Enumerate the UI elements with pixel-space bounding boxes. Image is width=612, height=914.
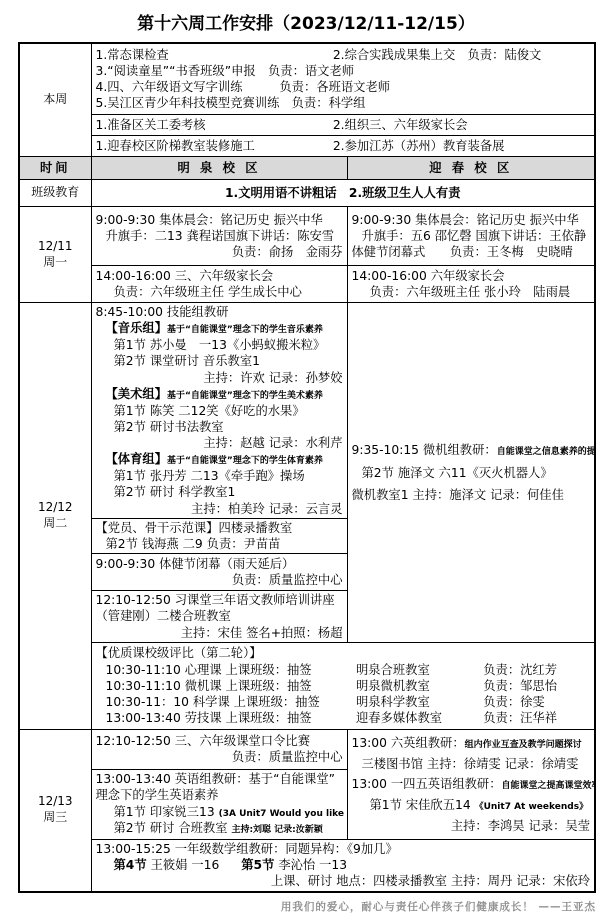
tue-lecture-cell: 12:10-12:50 习课堂三年语文教师培训讲座 （管建刚）二楼合班教室 主持…	[91, 591, 347, 643]
tue-computer-content: 9:35-10:15 微机组教研：自能课堂之信息素养的提升 第2节 施泽文 六1…	[352, 442, 591, 503]
tue-art-tag: 【美术组】	[106, 387, 168, 401]
tue-pe-lesson2: 第2节 研讨 科学教室1	[96, 484, 343, 500]
q1-time: 10:30-11:10 心理课 上课班级：抽签	[106, 662, 356, 678]
tue-pe-head: 【体育组】基于“自能课堂”理念下的学生体育素养	[96, 451, 343, 468]
tue-skill-title: 8:45-10:00 技能组教研	[96, 304, 343, 320]
tue-party-title: 【党员、骨干示范课】四楼录播教室	[96, 520, 343, 536]
tue-party-lesson: 第2节 钱海燕 二9 负责：尹苗苗	[96, 536, 343, 552]
tue-closing-resp: 负责：质量监控中心	[96, 572, 343, 588]
week-line3: 1.迎春校区阶梯教室装修施工 2.参加江苏（苏州）教育装备展	[96, 138, 591, 154]
week-item-3: 3.“阅读童星”“书香班级”申报 负责：语文老师	[96, 63, 591, 79]
week-item-2: 2.综合实践成果集上交 负责：陆俊文	[333, 47, 541, 63]
wed-eng6-title: 13:00 六英组教研：组内作业互查及教学问题探讨	[352, 735, 591, 752]
q3-room: 明泉科学教室	[356, 694, 483, 710]
tue-quality-head: 【优质课校级评比（第二轮）】	[96, 645, 591, 661]
wed-eng145-title: 13:00 一四五英语组教研：自能课堂之提高课堂效率	[352, 776, 591, 793]
tue-date: 12/12	[24, 500, 87, 516]
week-row3-cell: 1.迎春校区阶梯教室装修施工 2.参加江苏（苏州）教育装备展	[91, 136, 595, 157]
tue-party-cell: 【党员、骨干示范课】四楼录播教室 第2节 钱海燕 二9 负责：尹苗苗	[91, 518, 347, 553]
wed-english-title2: 理念下的学生英语素养	[96, 787, 343, 803]
wed-eng6-hosts: 三楼图书馆 主持：徐靖雯 记录：徐靖雯	[352, 756, 591, 772]
wed-eng145-lesson: 第1节 宋佳欣五14 《Unit7 At weekends》	[352, 797, 591, 814]
tue-art-head: 【美术组】基于“自能课堂”理念下的学生美术素养	[96, 386, 343, 403]
wed-eng6-time: 13:00 六英组教研：	[352, 736, 465, 750]
week-line1: 1.常态课检查 2.综合实践成果集上交 负责：陆俊文	[96, 47, 591, 63]
q1-room: 明泉合班教室	[356, 662, 483, 678]
row-label-week: 本周	[19, 43, 91, 157]
q4-resp: 负责：汪华祥	[483, 710, 590, 726]
mon-left-morning-cell: 9:00-9:30 集体晨会：铭记历史 振兴中华 升旗手：二13 龚程诺国旗下讲…	[91, 207, 347, 266]
week-row2-cell: 1.准备区关工委考核 2.组织三、六年级家长会	[91, 115, 595, 136]
wed-english-discuss: 第2节 研讨 合班教室	[114, 821, 228, 835]
wed-day: 周三	[24, 810, 87, 826]
q2-resp: 负责：邹思怡	[483, 678, 590, 694]
tue-art-lesson1: 第1节 陈笑 二12笑《好吃的水果》	[96, 403, 343, 419]
tue-closing-cell: 9:00-9:30 体健节闭幕（雨天延后） 负责：质量监控中心	[91, 554, 347, 591]
row-label-tue: 12/12 周二	[19, 303, 91, 730]
mon-right-meeting-cell: 14:00-16:00 六年级家长会 负责：六年级班主任 张小玲 陆雨晨	[347, 266, 595, 303]
tue-pe-lesson1: 第1节 张丹芳 二13《牵手跑》操场	[96, 468, 343, 484]
tue-skill-cell: 8:45-10:00 技能组教研 【音乐组】基于“自能课堂”理念下的学生音乐素养…	[91, 303, 347, 519]
wed-eng6-topic: 组内作业互查及教学问题探讨	[465, 740, 582, 750]
mon-date: 12/11	[24, 239, 87, 255]
wed-english-hosts: 主持:刘聪 记录:汝新颖	[231, 825, 322, 835]
wed-english-cell: 13:00-13:40 英语组教研：基于“自能课堂” 理念下的学生英语素养 第1…	[91, 769, 347, 839]
week-row3-item-1: 1.迎春校区阶梯教室装修施工	[96, 138, 333, 154]
tue-pe-sub: 基于“自能课堂”理念下的学生体育素养	[167, 456, 323, 466]
tue-quality-row: 10:30-11:10 心理课 上课班级：抽签 明泉合班教室 负责：沈红芳	[96, 662, 591, 678]
mon-day: 周一	[24, 255, 87, 271]
tue-quality-cell: 【优质课校级评比（第二轮）】 10:30-11:10 心理课 上课班级：抽签 明…	[91, 642, 595, 729]
wed-math-cell: 13:00-15:25 一年级数学组教研：同题异构：《9加几》 第4节 王筱娟 …	[91, 839, 595, 891]
mon-left-resp: 负责：俞扬 金雨芬	[96, 244, 343, 260]
wed-right-content: 13:00 六英组教研：组内作业互查及教学问题探讨 三楼图书馆 主持：徐靖雯 记…	[352, 735, 591, 834]
wed-math-period4: 第4节	[114, 858, 147, 872]
tue-quality-row: 13:00-13:40 劳技课 上课班级：抽签 迎春多媒体教室 负责：汪华祥	[96, 710, 591, 726]
tue-pe-tag: 【体育组】	[106, 452, 168, 466]
tue-computer-hosts: 微机教室1 主持：施泽文 记录：何佳佳	[352, 487, 591, 503]
wed-date: 12/13	[24, 794, 87, 810]
q1-resp: 负责：沈红芳	[483, 662, 590, 678]
wed-contest-resp: 负责：质量监控中心	[96, 749, 343, 765]
mon-left-assembly: 9:00-9:30 集体晨会：铭记历史 振兴中华	[96, 212, 343, 228]
week-row2-item-1: 1.准备区关工委考核	[96, 117, 333, 133]
page-title: 第十六周工作安排（2023/12/11-12/15）	[0, 0, 612, 42]
week-general-cell: 1.常态课检查 2.综合实践成果集上交 负责：陆俊文 3.“阅读童星”“书香班级…	[91, 43, 595, 115]
week-line2: 1.准备区关工委考核 2.组织三、六年级家长会	[96, 117, 591, 133]
mon-right-flag: 升旗手：五6 邵忆磬 国旗下讲话：王依静	[352, 228, 591, 244]
wed-english-lesson2: 第2节 研讨 合班教室 主持:刘聪 记录:汝新颖	[96, 820, 343, 837]
wed-english-teacher: 第1节 印家锐三13	[114, 805, 215, 819]
tue-music-tag: 【音乐组】	[106, 321, 168, 335]
q3-resp: 负责：徐雯	[483, 694, 590, 710]
wed-math-period5: 第5节	[241, 858, 274, 872]
q4-room: 迎春多媒体教室	[356, 710, 483, 726]
tue-computer-title: 9:35-10:15 微机组教研：自能课堂之信息素养的提升	[352, 442, 591, 459]
q2-room: 明泉微机教室	[356, 678, 483, 694]
wed-english-lesson1: 第1节 印家锐三13 (3A Unit7 Would you like a pi…	[96, 804, 343, 821]
mon-right-meeting-resp: 负责：六年级班主任 张小玲 陆雨晨	[352, 284, 591, 300]
wed-eng145-hosts: 主持：李鸿昊 记录：吴莹	[352, 818, 591, 834]
week-item-1: 1.常态课检查	[96, 47, 333, 63]
row-label-mon: 12/11 周一	[19, 207, 91, 303]
wed-math-teacher4: 王筱娟 一16	[151, 858, 220, 872]
tue-art-sub: 基于“自能课堂”理念下的学生美术素养	[167, 391, 323, 401]
mon-left-meeting-cell: 14:00-16:00 三、六年级家长会 负责：六年级班主任 学生成长中心	[91, 266, 347, 303]
mon-left-flag: 升旗手：二13 龚程诺国旗下讲话：陈安雪	[96, 228, 343, 244]
wed-eng145-topic: 自能课堂之提高课堂效率	[502, 781, 595, 791]
row-label-class-edu: 班级教育	[19, 180, 91, 207]
header-time: 时间	[19, 157, 91, 180]
header-campus-mingquan: 明 泉 校 区	[91, 157, 347, 180]
tue-computer-time: 9:35-10:15 微机组教研：	[352, 443, 497, 457]
mon-right-morning-cell: 9:00-9:30 集体晨会：铭记历史 振兴中华 升旗手：五6 邵忆磬 国旗下讲…	[347, 207, 595, 266]
mon-left-meeting: 14:00-16:00 三、六年级家长会	[96, 268, 343, 284]
schedule-table: 本周 1.常态课检查 2.综合实践成果集上交 负责：陆俊文 3.“阅读童星”“书…	[18, 42, 596, 893]
wed-math-teacher5: 李沁怡 一13	[278, 858, 347, 872]
mon-right-assembly: 9:00-9:30 集体晨会：铭记历史 振兴中华	[352, 212, 591, 228]
tue-pe-hosts: 主持：柏美玲 记录：云言灵	[96, 501, 343, 517]
tue-quality-row: 10:30-11:10 微机课 上课班级：抽签 明泉微机教室 负责：邹思怡	[96, 678, 591, 694]
tue-day: 周二	[24, 516, 87, 532]
wed-english-unit: (3A Unit7 Would you like a pie?)	[219, 809, 347, 819]
week-item-4: 4.四、六年级语文写字训练 负责：各班语文老师	[96, 79, 591, 95]
tue-computer-lesson: 第2节 施泽文 六11《灭火机器人》	[352, 465, 591, 481]
wed-eng145-unit: 《Unit7 At weekends》	[475, 802, 588, 812]
wed-english-title1: 13:00-13:40 英语组教研：基于“自能课堂”	[96, 771, 343, 787]
row-label-wed: 12/13 周三	[19, 729, 91, 891]
tue-computer-cell: 9:35-10:15 微机组教研：自能课堂之信息素养的提升 第2节 施泽文 六1…	[347, 303, 595, 643]
tue-computer-topic: 自能课堂之信息素养的提升	[497, 447, 595, 457]
wed-eng145-teacher: 第1节 宋佳欣五14	[370, 798, 471, 812]
q3-time: 10:30-11：10 科学课 上课班级：抽签	[106, 694, 356, 710]
class-edu-text: 1.文明用语不讲粗话 2.班级卫生人人有责	[91, 180, 595, 207]
tue-lecture-title: 12:10-12:50 习课堂三年语文教师培训讲座	[96, 592, 343, 608]
tue-music-sub: 基于“自能课堂”理念下的学生音乐素养	[167, 325, 323, 335]
week-item-5: 5.吴江区青少年科技模型竞赛训练 负责：科学组	[96, 95, 591, 111]
header-campus-yingchun: 迎 春 校 区	[347, 157, 595, 180]
wed-math-hosts: 上课、研讨 地点：四楼录播教室 主持：周丹 记录：宋依玲	[96, 873, 591, 889]
wed-contest-title: 12:10-12:50 三、六年级课堂口令比赛	[96, 733, 343, 749]
tue-music-lesson1: 第1节 苏小曼 一13《小蚂蚁搬米粒》	[96, 337, 343, 353]
tue-music-head: 【音乐组】基于“自能课堂”理念下的学生音乐素养	[96, 320, 343, 337]
mon-left-meeting-resp: 负责：六年级班主任 学生成长中心	[96, 284, 343, 300]
wed-math-title: 13:00-15:25 一年级数学组教研：同题异构：《9加几》	[96, 841, 591, 857]
tue-art-hosts: 主持：赵越 记录：水利芹	[96, 435, 343, 451]
mon-right-resp: 体健节闭幕式 负责：王冬梅 史晓晴	[352, 244, 591, 260]
week-row2-item-2: 2.组织三、六年级家长会	[333, 117, 468, 133]
wed-math-lessons: 第4节 王筱娟 一16 第5节 李沁怡 一13	[96, 857, 591, 873]
tue-art-lesson2: 第2节 研讨书法教室	[96, 419, 343, 435]
tue-quality-row: 10:30-11：10 科学课 上课班级：抽签 明泉科学教室 负责：徐雯	[96, 694, 591, 710]
tue-lecture-place: （管建刚）二楼合班教室	[96, 608, 343, 624]
wed-contest-cell: 12:10-12:50 三、六年级课堂口令比赛 负责：质量监控中心	[91, 729, 347, 769]
wed-right-cell: 13:00 六英组教研：组内作业互查及教学问题探讨 三楼图书馆 主持：徐靖雯 记…	[347, 729, 595, 839]
q4-time: 13:00-13:40 劳技课 上课班级：抽签	[106, 710, 356, 726]
tue-music-lesson2: 第2节 课堂研讨 音乐教室1	[96, 353, 343, 369]
tue-closing-title: 9:00-9:30 体健节闭幕（雨天延后）	[96, 556, 343, 572]
tue-music-hosts: 主持：许欢 记录：孙梦姣	[96, 370, 343, 386]
q2-time: 10:30-11:10 微机课 上课班级：抽签	[106, 678, 356, 694]
week-row3-item-2: 2.参加江苏（苏州）教育装备展	[333, 138, 505, 154]
wed-eng145-time: 13:00 一四五英语组教研：	[352, 777, 502, 791]
tue-lecture-hosts: 主持：宋佳 签名+拍照：杨超	[96, 625, 343, 641]
footer-motto: 用我们的爱心，耐心与责任心伴孩子们健康成长！ ——王亚杰	[0, 899, 612, 914]
mon-right-meeting: 14:00-16:00 六年级家长会	[352, 268, 591, 284]
